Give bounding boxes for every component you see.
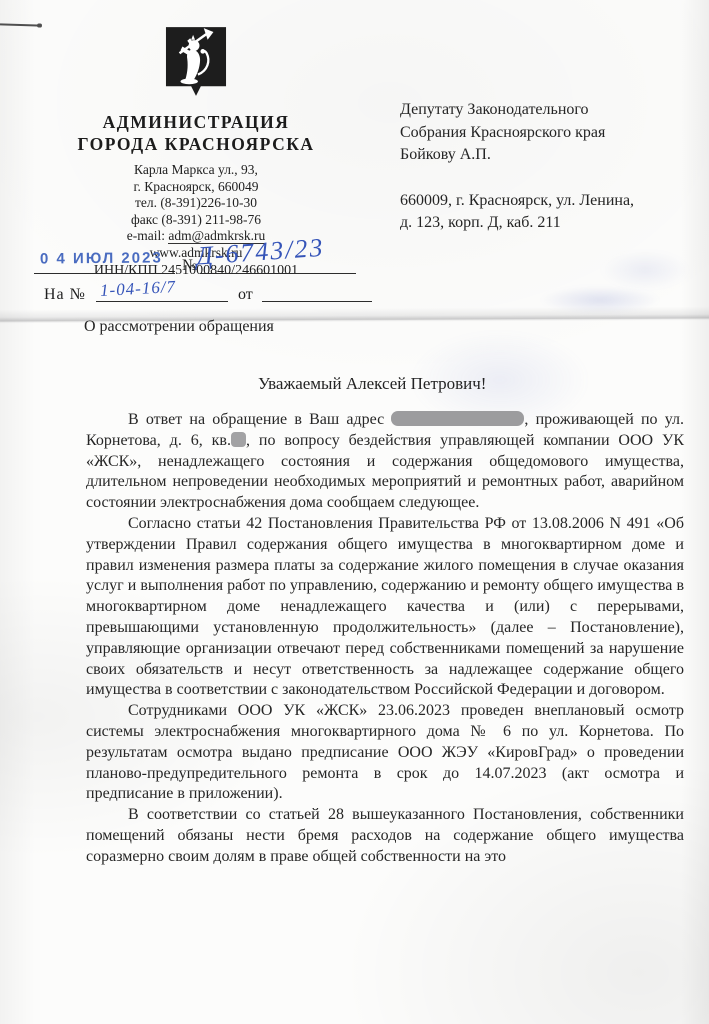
street-address: Карла Маркса ул., 93,: [28, 162, 364, 179]
city-postcode: г. Красноярск, 660049: [28, 179, 364, 196]
letter-body: В ответ на обращение в Ваш адрес , прожи…: [86, 410, 684, 868]
handwritten-reply-number: 1-04-16/7: [100, 277, 177, 301]
paragraph-1: В ответ на обращение в Ваш адрес , прожи…: [86, 410, 684, 514]
org-name-line1: АДМИНИСТРАЦИЯ: [28, 111, 364, 133]
recipient-name: Бойкову А.П.: [400, 144, 700, 167]
paragraph-4: В соответствии со статьей 28 вышеуказанн…: [86, 805, 684, 867]
reference-block: 0 4 ИЮЛ 2023 № Д-6743/23 На № 1-04-16/7 …: [34, 244, 464, 310]
krasnoyarsk-coat-of-arms-icon: [165, 26, 227, 103]
redacted-name-block: [391, 411, 524, 426]
paragraph-2: Согласно статьи 42 Постановления Правите…: [86, 514, 684, 701]
redacted-apartment-number: [231, 432, 246, 447]
salutation: Уважаемый Алексей Петрович!: [258, 374, 486, 394]
email-label: e-mail:: [127, 228, 169, 243]
number-sign-label: №: [182, 257, 197, 275]
incoming-date-stamp: 0 4 ИЮЛ 2023: [40, 249, 163, 267]
recipient-address-line1: 660009, г. Красноярск, ул. Ленина,: [400, 190, 700, 213]
ink-smudge: [600, 250, 690, 290]
from-date-label: от: [238, 286, 253, 304]
reply-to-number-label: На №: [44, 286, 86, 304]
fax: факс (8-391) 211-98-76: [28, 212, 364, 229]
org-name-line2: ГОРОДА КРАСНОЯРСКА: [28, 133, 364, 155]
recipient-address: 660009, г. Красноярск, ул. Ленина, д. 12…: [400, 190, 700, 235]
recipient-block: Депутату Законодательного Собрания Красн…: [400, 99, 700, 235]
letter-subject: О рассмотрении обращения: [84, 318, 274, 336]
p1-text-before: В ответ на обращение в Ваш адрес: [128, 411, 391, 428]
recipient-address-line2: д. 123, корп. Д, каб. 211: [400, 212, 700, 235]
scanned-letter-page: АДМИНИСТРАЦИЯ ГОРОДА КРАСНОЯРСКА Карла М…: [0, 0, 709, 1024]
paragraph-3: Сотрудниками ООО УК «ЖСК» 23.06.2023 про…: [86, 701, 684, 805]
phone: тел. (8-391)226-10-30: [28, 195, 364, 212]
recipient-position-line2: Собрания Красноярского края: [400, 122, 700, 145]
recipient-position-line1: Депутату Законодательного: [400, 99, 700, 122]
organization-name: АДМИНИСТРАЦИЯ ГОРОДА КРАСНОЯРСКА: [28, 111, 364, 155]
from-date-blank-line: [262, 286, 372, 302]
ink-smudge: [540, 286, 660, 314]
